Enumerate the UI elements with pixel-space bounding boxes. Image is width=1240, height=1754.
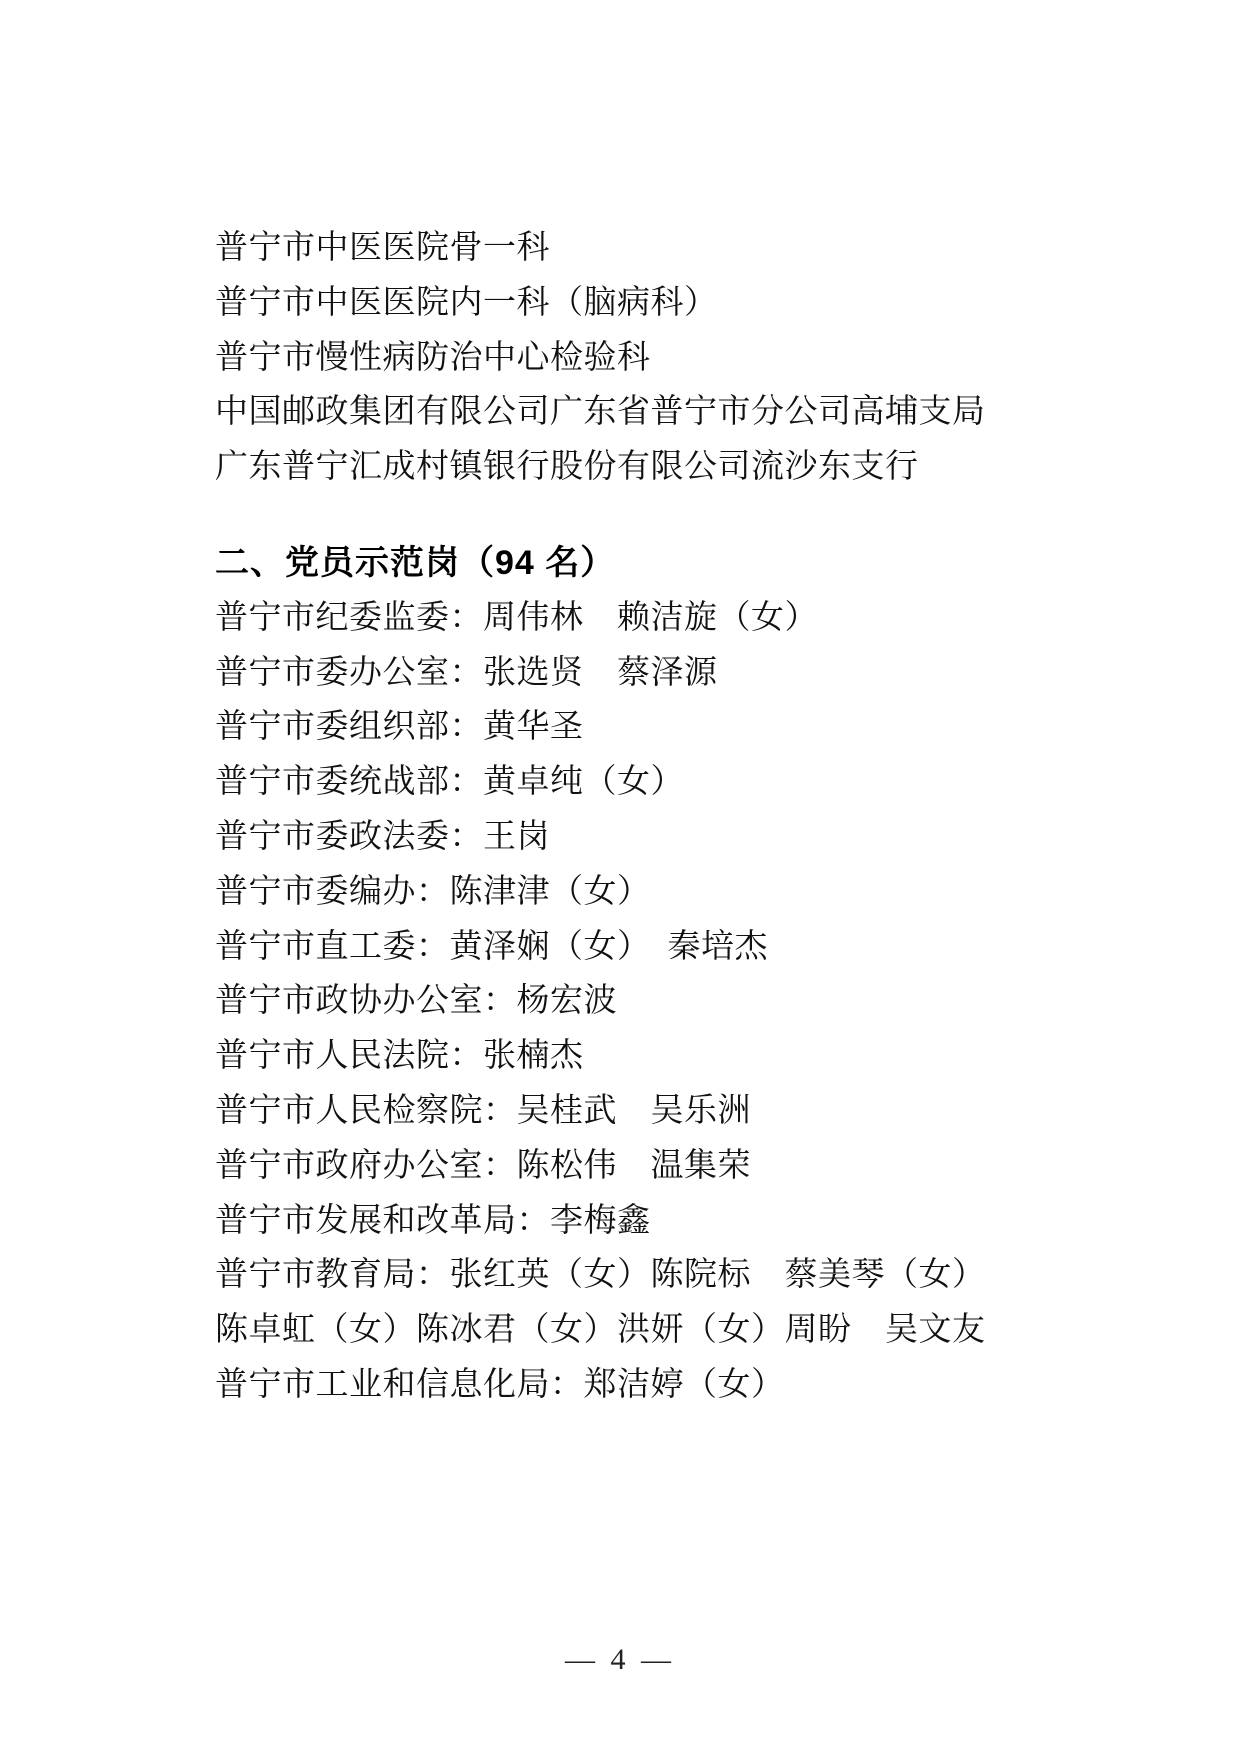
award-line: 普宁市发展和改革局：李梅鑫 xyxy=(215,1194,1045,1249)
award-line: 普宁市委政法委：王岗 xyxy=(215,810,1045,865)
org-line: 普宁市中医医院内一科（脑病科） xyxy=(215,276,1045,331)
org-line: 广东普宁汇成村镇银行股份有限公司流沙东支行 xyxy=(215,440,1045,495)
org-line: 中国邮政集团有限公司广东省普宁市分公司高埔支局 xyxy=(215,385,1045,440)
award-line: 普宁市教育局：张红英（女）陈院标 蔡美琴（女） xyxy=(215,1248,1045,1303)
org-line: 普宁市中医医院骨一科 xyxy=(215,221,1045,276)
award-line: 普宁市纪委监委：周伟林 赖洁旋（女） xyxy=(215,591,1045,646)
award-line: 普宁市委组织部：黄华圣 xyxy=(215,700,1045,755)
page-number: — 4 — xyxy=(0,1640,1240,1680)
document-body: 普宁市中医医院骨一科 普宁市中医医院内一科（脑病科） 普宁市慢性病防治中心检验科… xyxy=(215,221,1045,1413)
award-line: 普宁市工业和信息化局：郑洁婷（女） xyxy=(215,1358,1045,1413)
award-line: 普宁市委编办：陈津津（女） xyxy=(215,865,1045,920)
award-line: 普宁市政协办公室：杨宏波 xyxy=(215,974,1045,1029)
award-line-continuation: 陈卓虹（女）陈冰君（女）洪妍（女）周盼 吴文友 xyxy=(215,1303,1045,1358)
award-line: 普宁市人民检察院：吴桂武 吴乐洲 xyxy=(215,1084,1045,1139)
award-line: 普宁市直工委：黄泽娴（女） 秦培杰 xyxy=(215,920,1045,975)
section-heading: 二、党员示范岗（94 名） xyxy=(215,536,1045,591)
document-page: 普宁市中医医院骨一科 普宁市中医医院内一科（脑病科） 普宁市慢性病防治中心检验科… xyxy=(0,0,1240,1754)
award-line: 普宁市委办公室：张选贤 蔡泽源 xyxy=(215,646,1045,701)
org-line: 普宁市慢性病防治中心检验科 xyxy=(215,331,1045,386)
award-line: 普宁市人民法院：张楠杰 xyxy=(215,1029,1045,1084)
award-line: 普宁市委统战部：黄卓纯（女） xyxy=(215,755,1045,810)
award-line: 普宁市政府办公室：陈松伟 温集荣 xyxy=(215,1139,1045,1194)
